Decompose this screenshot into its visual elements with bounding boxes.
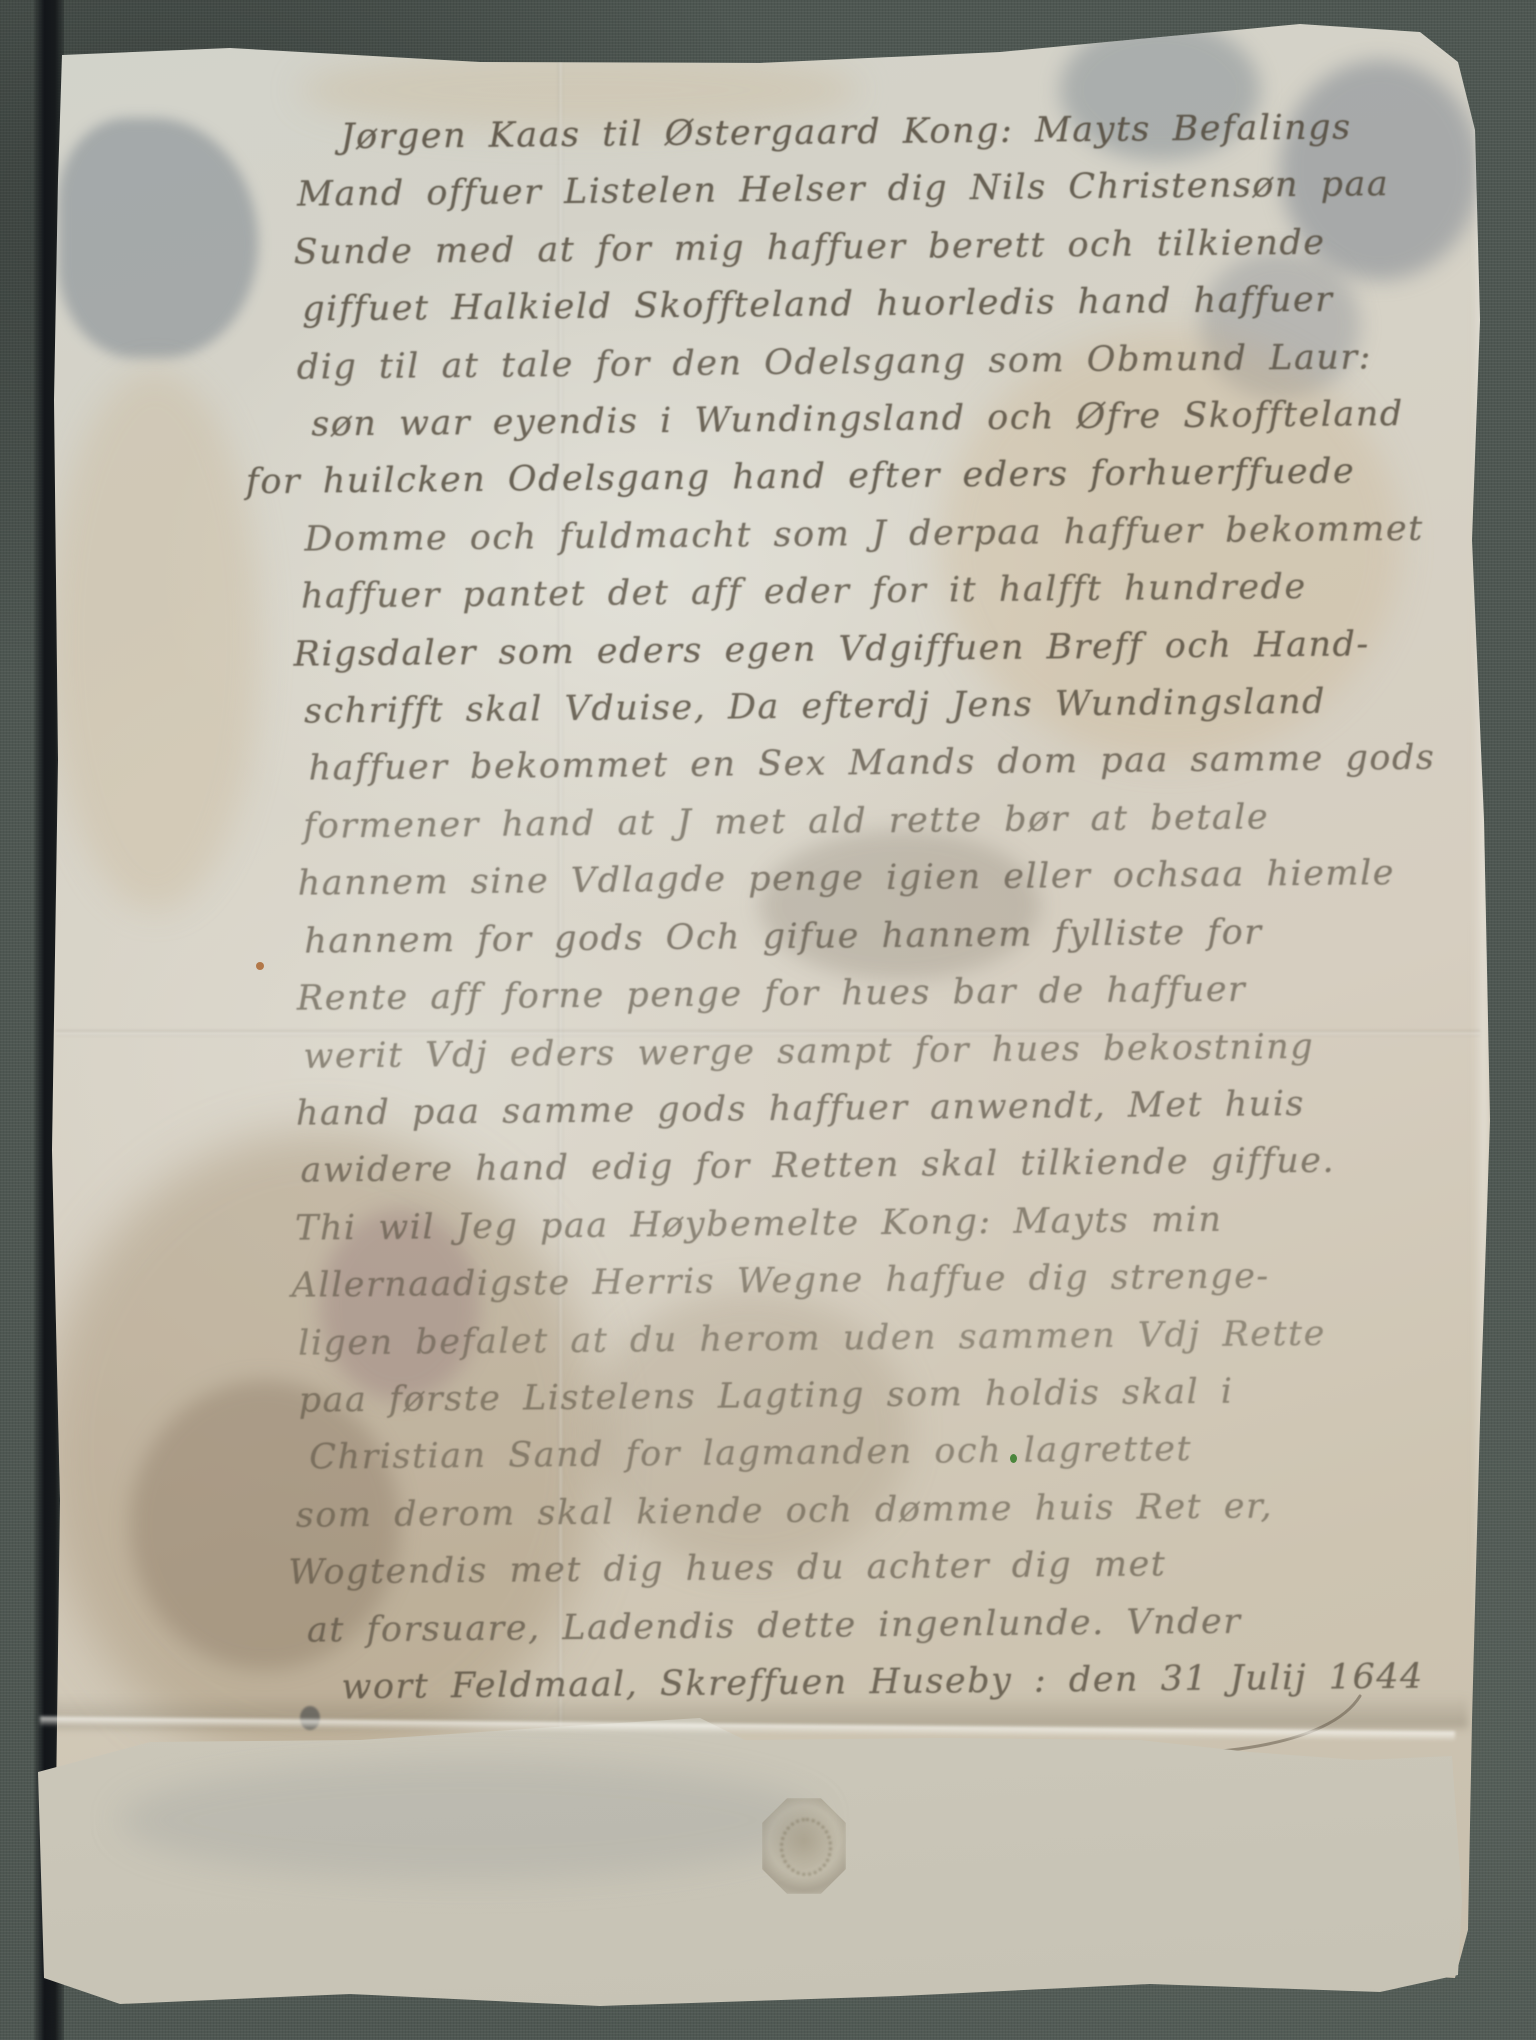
manuscript-line: Jørgen Kaas til Østergaard Kong: Mayts B… [340, 98, 1468, 166]
rust-speck [256, 962, 264, 970]
stain-top-left-gray [58, 118, 258, 358]
manuscript-text: Jørgen Kaas til Østergaard Kong: Mayts B… [288, 98, 1483, 1717]
wax-seal-impression [762, 1798, 846, 1894]
flap-shading [120, 1760, 820, 1880]
archive-photograph: Jørgen Kaas til Østergaard Kong: Mayts B… [0, 0, 1536, 2040]
seal-inner-ring [780, 1818, 832, 1876]
stain-left-warm [50, 370, 260, 910]
